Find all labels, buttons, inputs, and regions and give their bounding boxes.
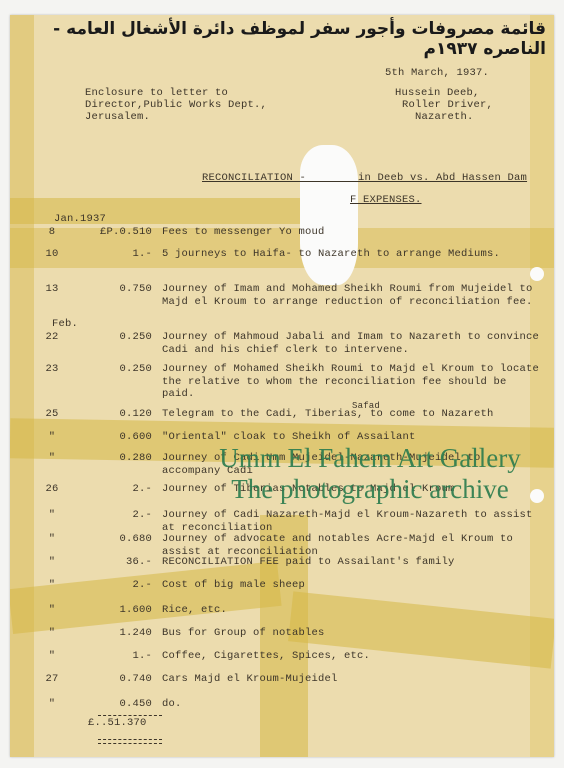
- expense-description: 5 journeys to Haifa- to Nazareth to arra…: [162, 248, 542, 261]
- expense-date: 26: [32, 483, 72, 496]
- expense-description: Telegram to the Cadi, Tiberias, to come …: [162, 408, 542, 421]
- expense-description: Rice, etc.: [162, 604, 542, 617]
- punch-hole: [530, 267, 544, 281]
- expense-amount: 1.240: [82, 627, 152, 640]
- watermark-line-2: The photographic archive: [210, 474, 530, 505]
- expense-description: Journey of Imam and Mohamed Sheikh Roumi…: [162, 283, 542, 308]
- expense-date: ": [32, 650, 72, 663]
- right-address-line-2: Roller Driver,: [402, 99, 493, 112]
- expense-amount: 0.250: [82, 363, 152, 376]
- double-underline: [98, 743, 162, 744]
- expense-amount: 2.-: [82, 483, 152, 496]
- expense-description: Fees to messenger Yo moud: [162, 226, 542, 239]
- expense-description: Journey of Mohamed Sheikh Roumi to Majd …: [162, 363, 542, 401]
- expense-amount: 0.450: [82, 698, 152, 711]
- expense-amount: 0.680: [82, 533, 152, 546]
- expense-date: ": [32, 556, 72, 569]
- watermark: Umm El Fahem Art Gallery The photographi…: [210, 443, 530, 505]
- expense-amount: 0.280: [82, 452, 152, 465]
- expense-amount: 0.600: [82, 431, 152, 444]
- expense-date: 13: [32, 283, 72, 296]
- expense-amount: 0.250: [82, 331, 152, 344]
- expense-amount: 0.750: [82, 283, 152, 296]
- expense-description: do.: [162, 698, 542, 711]
- letter-date: 5th March, 1937.: [385, 67, 489, 80]
- expense-amount: 1.600: [82, 604, 152, 617]
- left-address-line-2: Director,Public Works Dept.,: [85, 99, 267, 112]
- sum-line: [98, 715, 162, 716]
- expense-description: RECONCILIATION FEE paid to Assailant's f…: [162, 556, 542, 569]
- expense-amount: 36.-: [82, 556, 152, 569]
- expense-amount: 1.-: [82, 248, 152, 261]
- expense-date: ": [32, 533, 72, 546]
- expense-amount: £P.0.510: [82, 226, 152, 239]
- left-address-line-3: Jerusalem.: [85, 111, 150, 124]
- tape-strip: [10, 561, 282, 634]
- scanned-document: قائمة مصروفات وأجور سفر لموظف دائرة الأش…: [10, 15, 554, 757]
- tape-edge-left: [10, 15, 34, 757]
- expense-amount: 1.-: [82, 650, 152, 663]
- expense-description: Cars Majd el Kroum-Mujeidel: [162, 673, 542, 686]
- expense-date: 10: [32, 248, 72, 261]
- expense-description: Bus for Group of notables: [162, 627, 542, 640]
- expense-date: ": [32, 604, 72, 617]
- expense-date: 22: [32, 331, 72, 344]
- right-address-line-3: Nazareth.: [415, 111, 474, 124]
- month-label-feb: Feb.: [52, 318, 78, 331]
- expense-date: ": [32, 698, 72, 711]
- expense-description: Journey of advocate and notables Acre-Ma…: [162, 533, 542, 558]
- expense-description: Cost of big male sheep: [162, 579, 542, 592]
- expense-date: ": [32, 431, 72, 444]
- left-address-line-1: Enclosure to letter to: [85, 87, 228, 100]
- expense-date: 23: [32, 363, 72, 376]
- expense-amount: 0.740: [82, 673, 152, 686]
- total-amount: £..51.370: [88, 717, 147, 730]
- document-subheading: F EXPENSES.: [350, 194, 422, 207]
- expense-description: "Oriental" cloak to Sheikh of Assailant: [162, 431, 542, 444]
- expense-description: Journey of Mahmoud Jabali and Imam to Na…: [162, 331, 542, 356]
- expense-amount: 2.-: [82, 579, 152, 592]
- right-address-line-1: Hussein Deeb,: [395, 87, 480, 100]
- document-heading: RECONCILIATION - in Deeb vs. Abd Hassen …: [202, 172, 527, 185]
- arabic-title: قائمة مصروفات وأجور سفر لموظف دائرة الأش…: [30, 19, 546, 59]
- expense-description: Coffee, Cigarettes, Spices, etc.: [162, 650, 542, 663]
- expense-description: Journey of Cadi Nazareth-Majd el Kroum-N…: [162, 509, 542, 534]
- expense-amount: 0.120: [82, 408, 152, 421]
- expense-amount: 2.-: [82, 509, 152, 522]
- expense-date: 8: [32, 226, 72, 239]
- double-underline: [98, 739, 162, 740]
- expense-date: ": [32, 509, 72, 522]
- watermark-line-1: Umm El Fahem Art Gallery: [210, 443, 530, 474]
- expense-date: 25: [32, 408, 72, 421]
- expense-date: ": [32, 579, 72, 592]
- expense-date: ": [32, 627, 72, 640]
- torn-hole: [300, 145, 358, 285]
- expense-date: ": [32, 452, 72, 465]
- month-label-jan: Jan.1937: [54, 213, 106, 226]
- expense-date: 27: [32, 673, 72, 686]
